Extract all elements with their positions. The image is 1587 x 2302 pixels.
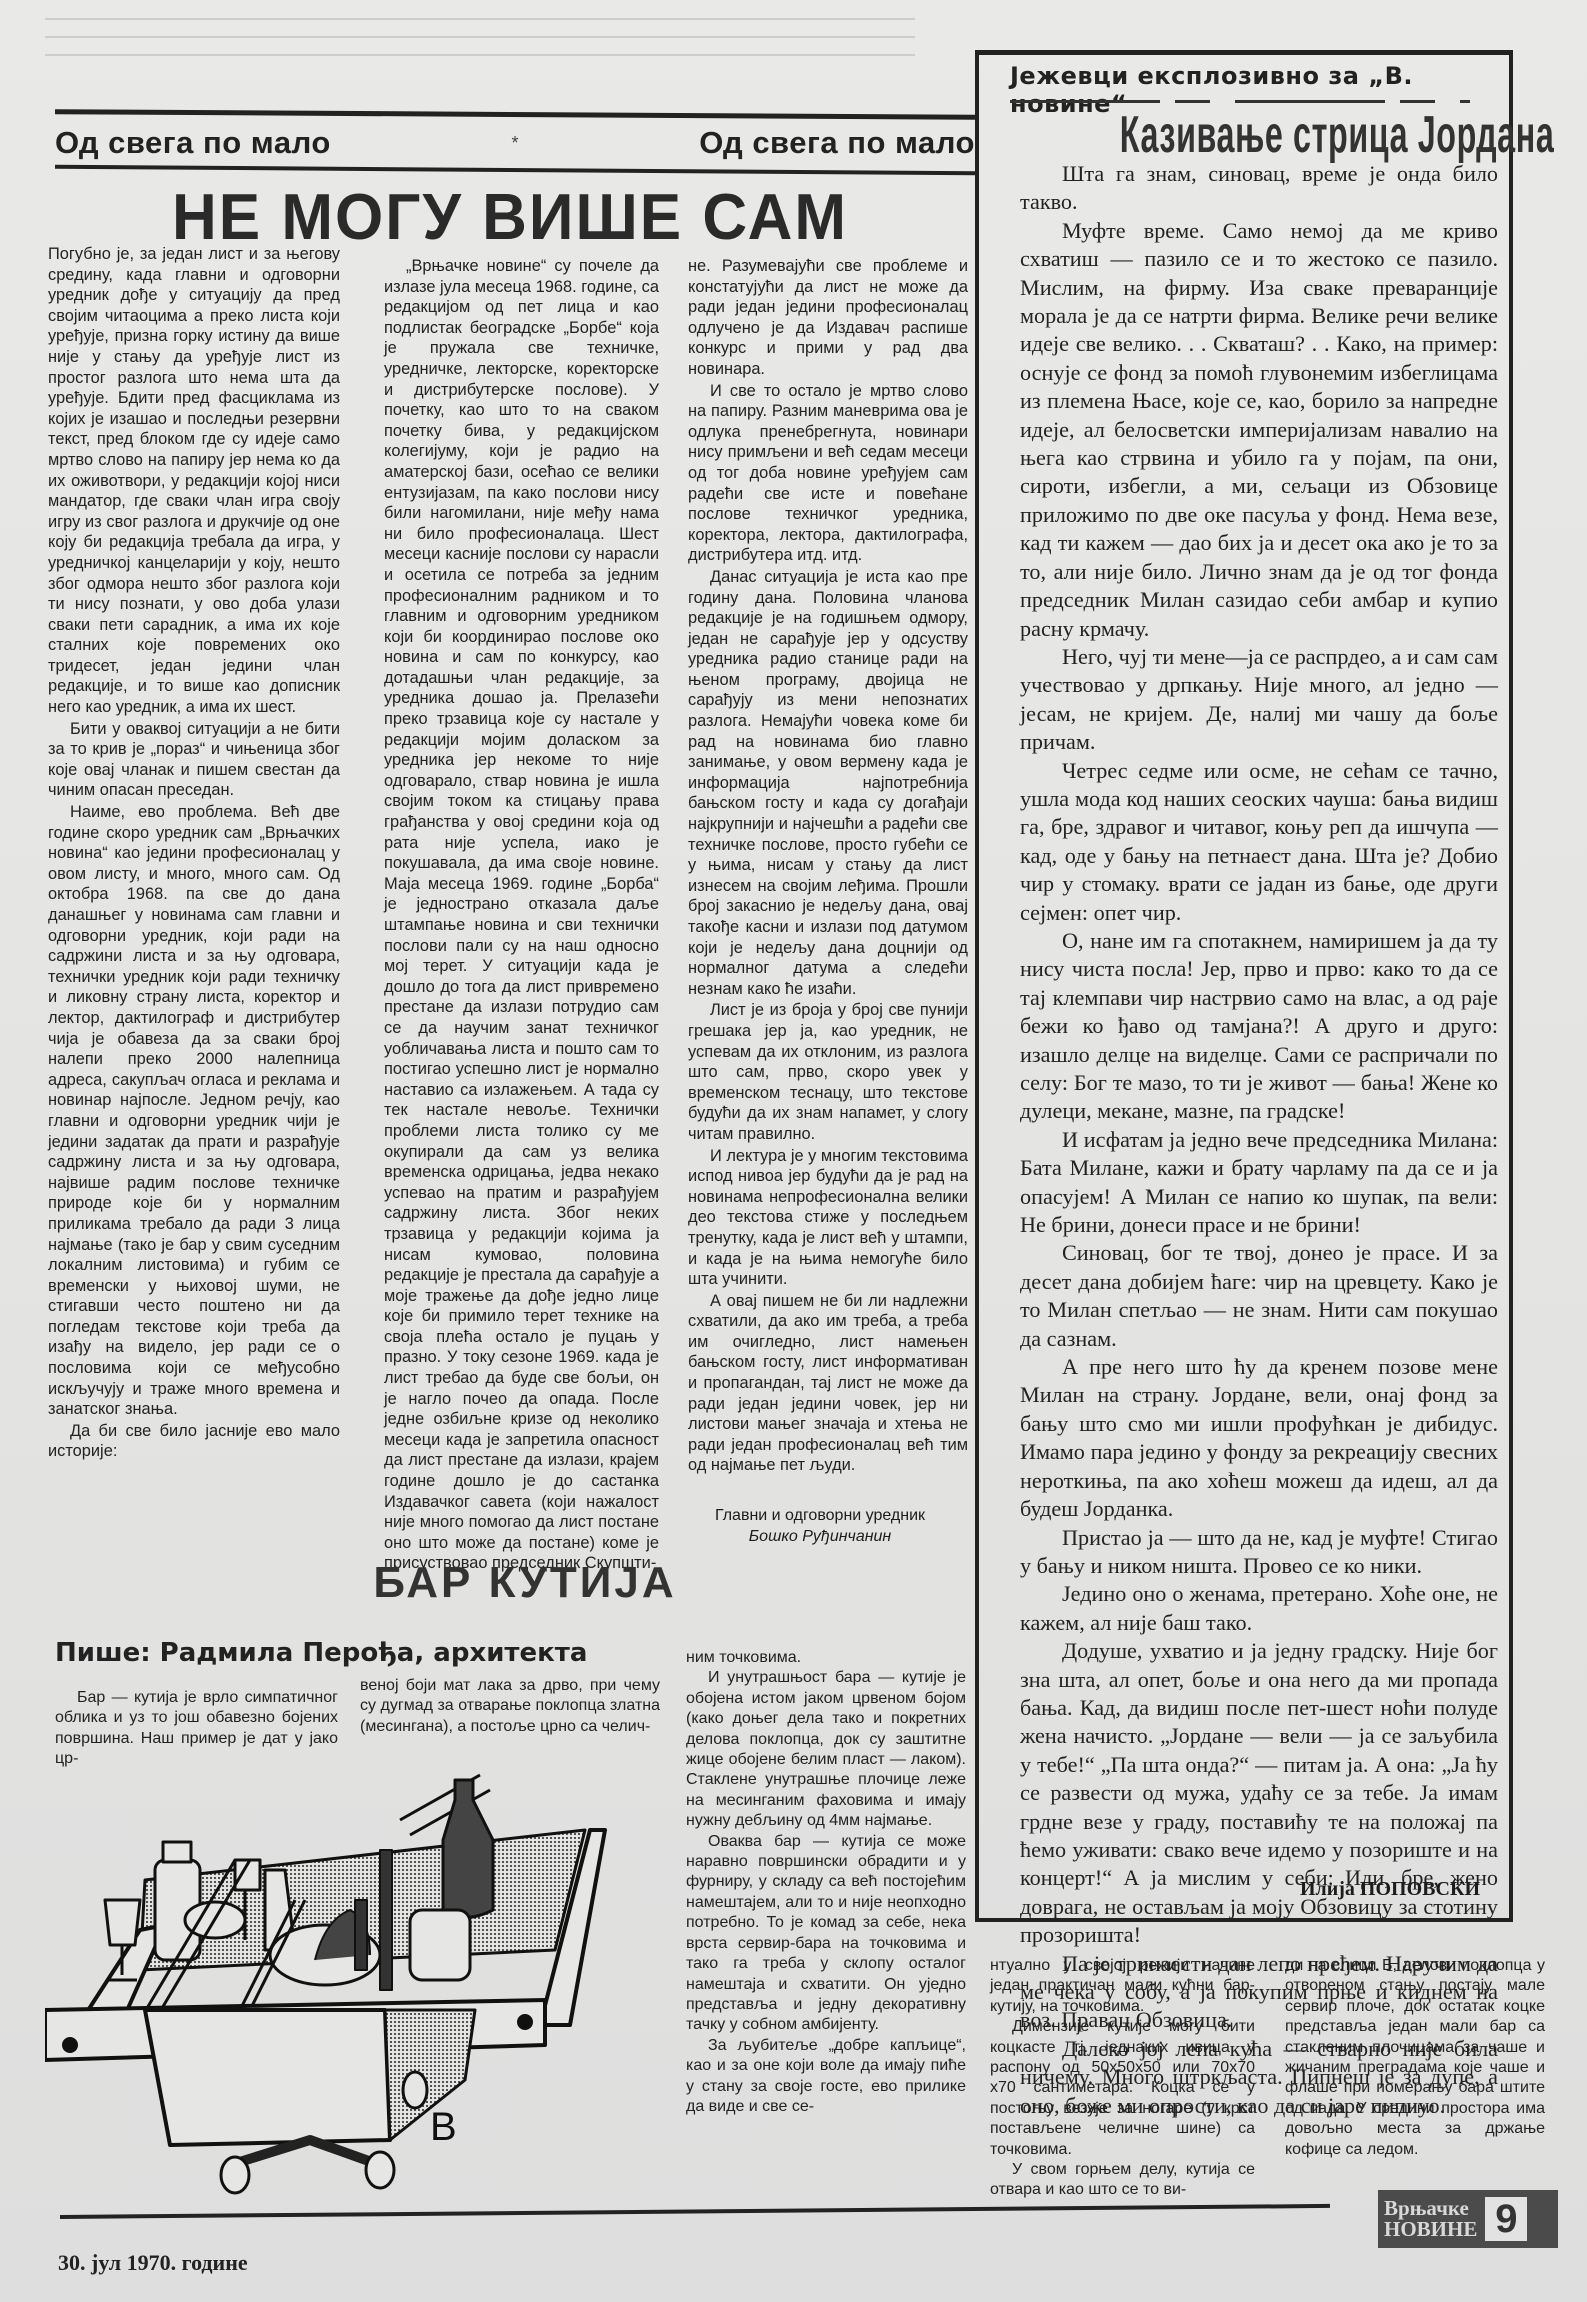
bleed-through-ghost — [45, 18, 915, 98]
paragraph: ним точковима. — [686, 1648, 966, 1668]
paragraph: Додуше, ухватио и ја једну градску. Није… — [1020, 1637, 1498, 1949]
masthead-line-1: Врњачке — [1384, 2198, 1477, 2219]
paragraph: Синовац, бог те твој, донео је прасе. И … — [1020, 1239, 1498, 1353]
paragraph: И све то остало је мртво слово на папиру… — [688, 381, 968, 566]
bar-column-5: ди на слици Б, делови поклопца у отворен… — [1285, 1956, 1545, 2160]
paragraph: А овај пишем не би ли надлежни схватили,… — [688, 1291, 968, 1476]
bar-column-3: ним точковима. И унутрашњост бара — кути… — [686, 1648, 966, 2117]
issue-date: 30. јул 1970. године — [58, 2250, 248, 2276]
article-column-2: „Врњачке новине“ су почеле да излазе јул… — [384, 256, 659, 1575]
paragraph: Шта га знам, синовац, време је онда било… — [1020, 160, 1498, 217]
paragraph: У свом горњем делу, кутија се отвара и к… — [990, 2160, 1255, 2201]
paragraph: Данас ситуација је иста као пре годину д… — [688, 567, 968, 999]
bar-column-1: Бар — кутија је врло симпатичног облика … — [55, 1688, 338, 1770]
signature-name: Бошко Руђинчанин — [670, 1526, 970, 1547]
paragraph: Четрес седме или осме, не сећам се тачно… — [1020, 757, 1498, 927]
article-column-1: Погубно је, за један лист и за његову ср… — [48, 244, 340, 1463]
story-body: Шта га знам, синовац, време је онда било… — [1020, 160, 1498, 2120]
paragraph: Да би све било јасније ево мало историје… — [48, 1421, 340, 1462]
bottom-rule — [60, 2204, 1330, 2219]
paragraph: Муфте време. Само немој да ме криво схва… — [1020, 217, 1498, 643]
paragraph: не. Разумевајући све проблеме и констату… — [688, 256, 968, 380]
rubric-separator: * — [511, 133, 518, 154]
paragraph: Оваква бар — кутија се може наравно повр… — [686, 1832, 966, 2036]
paragraph: „Врњачке новине“ су почеле да излазе јул… — [384, 256, 659, 1574]
paragraph: О, нане им га спотакнем, намиришем ја да… — [1020, 927, 1498, 1126]
paragraph: Димензије кутије могу бити коцкасте тј. … — [990, 2017, 1255, 2160]
paragraph: Бити у оваквој ситуацији а не бити за то… — [48, 719, 340, 801]
masthead-line-2: НОВИНЕ — [1384, 2219, 1477, 2240]
story-title: Казивање стрица Јордана — [1120, 105, 1380, 165]
story-byline: Илија ПОПОВСКИ — [1200, 1878, 1480, 1901]
kicker-rule — [1010, 100, 1470, 103]
bar-article-byline: Пише: Радмила Перођа, архитекта — [55, 1638, 655, 1668]
paragraph: Једино оно о женама, претерано. Хоће оне… — [1020, 1580, 1498, 1637]
bar-column-4: нтуално у својој режији начине један пра… — [990, 1956, 1255, 2201]
paragraph: Него, чуј ти мене—ја се распрдео, а и са… — [1020, 643, 1498, 757]
masthead-logo: Врњачке НОВИНЕ 9 — [1378, 2190, 1558, 2248]
paragraph: веној боји мат лака за дрво, при чему су… — [360, 1676, 660, 1737]
bar-column-2: веној боји мат лака за дрво, при чему су… — [360, 1676, 660, 1737]
box-bottom-rule — [975, 1918, 1513, 1922]
paragraph: нтуално у својој режији начине један пра… — [990, 1956, 1255, 2017]
newspaper-page: Од свега по мало * Од свега по мало НЕ М… — [0, 0, 1587, 2302]
paragraph: А пре него што ћу да кренем позове мене … — [1020, 1353, 1498, 1523]
paragraph: Наиме, ево проблема. Већ две године скор… — [48, 802, 340, 1420]
paragraph: И исфатам ја једно вече председника Мила… — [1020, 1126, 1498, 1240]
article-column-3: не. Разумевајући све проблеме и констату… — [688, 256, 968, 1477]
paragraph: И лектура је у многим текстовима испод н… — [688, 1146, 968, 1290]
rubric-left: Од свега по мало — [55, 125, 331, 161]
paragraph: ди на слици Б, делови поклопца у отворен… — [1285, 1956, 1545, 2160]
paragraph: Лист је из броја у број све пунији греша… — [688, 1000, 968, 1144]
paragraph: Пристао ја — што да не, кад је муфте! Ст… — [1020, 1524, 1498, 1581]
paragraph: За љубитеље „добре капљице“, као и за он… — [686, 2036, 966, 2118]
masthead-name: Врњачке НОВИНЕ — [1384, 2198, 1477, 2240]
bar-article-title: БАР КУТИЈА — [335, 1558, 715, 1608]
paragraph: Погубно је, за један лист и за његову ср… — [48, 244, 340, 718]
rubric-right: Од свега по мало — [699, 125, 975, 161]
illustration-label: B — [430, 2105, 457, 2149]
page-number: 9 — [1485, 2197, 1527, 2241]
rubric-row: Од свега по мало * Од свега по мало — [55, 118, 975, 168]
signature-title: Главни и одговорни уредник — [670, 1505, 970, 1526]
paragraph: Бар — кутија је врло симпатичног облика … — [55, 1688, 338, 1770]
editor-signature: Главни и одговорни уредник Бошко Руђинча… — [670, 1505, 970, 1547]
bar-box-illustration: B — [45, 1760, 645, 2200]
paragraph: И унутрашњост бара — кутије је обојена и… — [686, 1668, 966, 1831]
